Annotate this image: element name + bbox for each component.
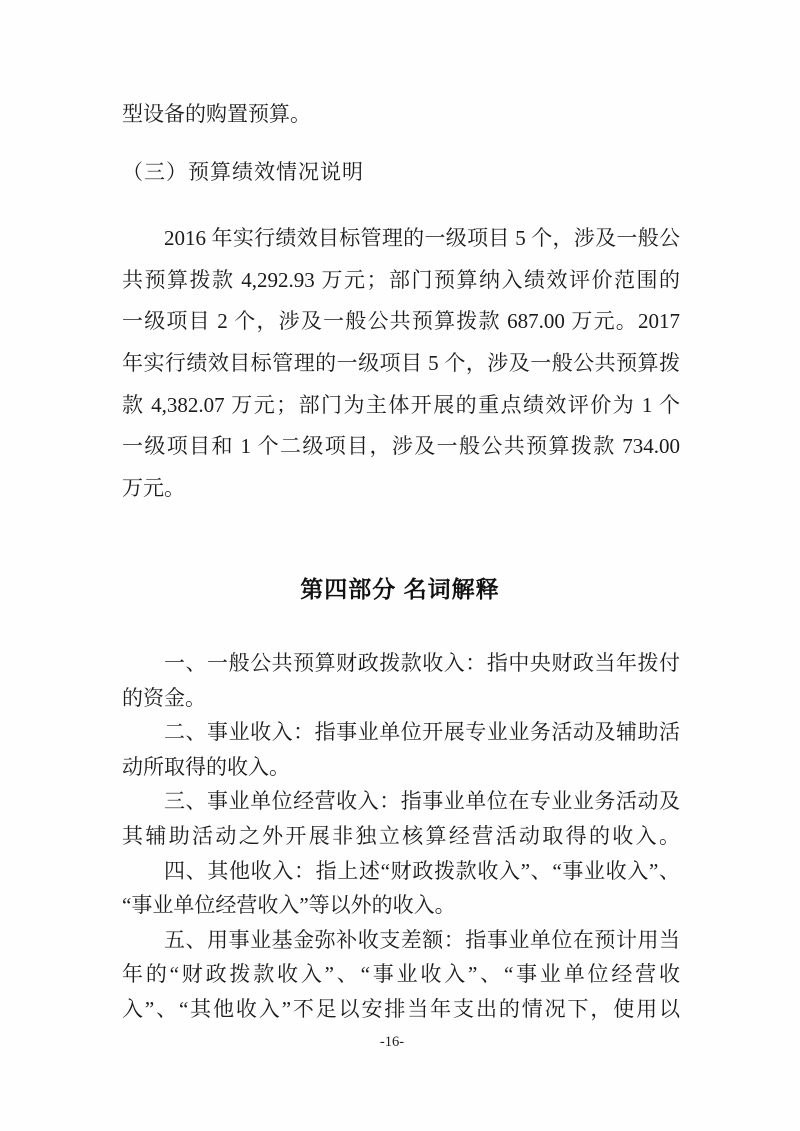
glossary-line: 的资金。 <box>122 681 680 716</box>
glossary-line: 五、用事业基金弥补收支差额：指事业单位在预计用当 <box>122 923 680 958</box>
glossary-section: 一、一般公共预算财政拨款收入：指中央财政当年拨付 的资金。 二、事业收入：指事业… <box>122 646 680 1027</box>
glossary-line: 年的“财政拨款收入”、“事业收入”、“事业单位经营收 <box>122 957 680 992</box>
glossary-line: 三、事业单位经营收入：指事业单位在专业业务活动及 <box>122 784 680 819</box>
paragraph-line: 万元。 <box>122 468 680 510</box>
glossary-line: 四、其他收入：指上述“财政拨款收入”、“事业收入”、 <box>122 854 680 889</box>
paragraph-line: 一级项目 2 个，涉及一般公共预算拨款 687.00 万元。2017 <box>122 301 680 343</box>
glossary-line: 其辅助活动之外开展非独立核算经营活动取得的收入。 <box>122 819 680 854</box>
glossary-line: 入”、“其他收入”不足以安排当年支出的情况下，使用以 <box>122 992 680 1027</box>
glossary-line: 动所取得的收入。 <box>122 750 680 785</box>
performance-paragraph: 2016 年实行绩效目标管理的一级项目 5 个，涉及一般公 共预算拨款 4,29… <box>122 218 680 510</box>
paragraph-line: 款 4,382.07 万元；部门为主体开展的重点绩效评价为 1 个 <box>122 385 680 427</box>
paragraph-line: 2016 年实行绩效目标管理的一级项目 5 个，涉及一般公 <box>122 218 680 260</box>
paragraph-line: 共预算拨款 4,292.93 万元；部门预算纳入绩效评价范围的 <box>122 260 680 302</box>
glossary-line: 一、一般公共预算财政拨款收入：指中央财政当年拨付 <box>122 646 680 681</box>
page-number: -16- <box>0 1033 784 1051</box>
paragraph-continuation-line: 型设备的购置预算。 <box>122 101 680 127</box>
document-page: 型设备的购置预算。 （三）预算绩效情况说明 2016 年实行绩效目标管理的一级项… <box>0 0 800 1131</box>
glossary-line: 二、事业收入：指事业单位开展专业业务活动及辅助活 <box>122 715 680 750</box>
paragraph-line: 年实行绩效目标管理的一级项目 5 个，涉及一般公共预算拨 <box>122 343 680 385</box>
paragraph-line: 一级项目和 1 个二级项目，涉及一般公共预算拨款 734.00 <box>122 426 680 468</box>
glossary-line: “事业单位经营收入”等以外的收入。 <box>122 888 680 923</box>
subsection-heading: （三）预算绩效情况说明 <box>122 158 680 186</box>
section-heading: 第四部分 名词解释 <box>0 574 800 604</box>
